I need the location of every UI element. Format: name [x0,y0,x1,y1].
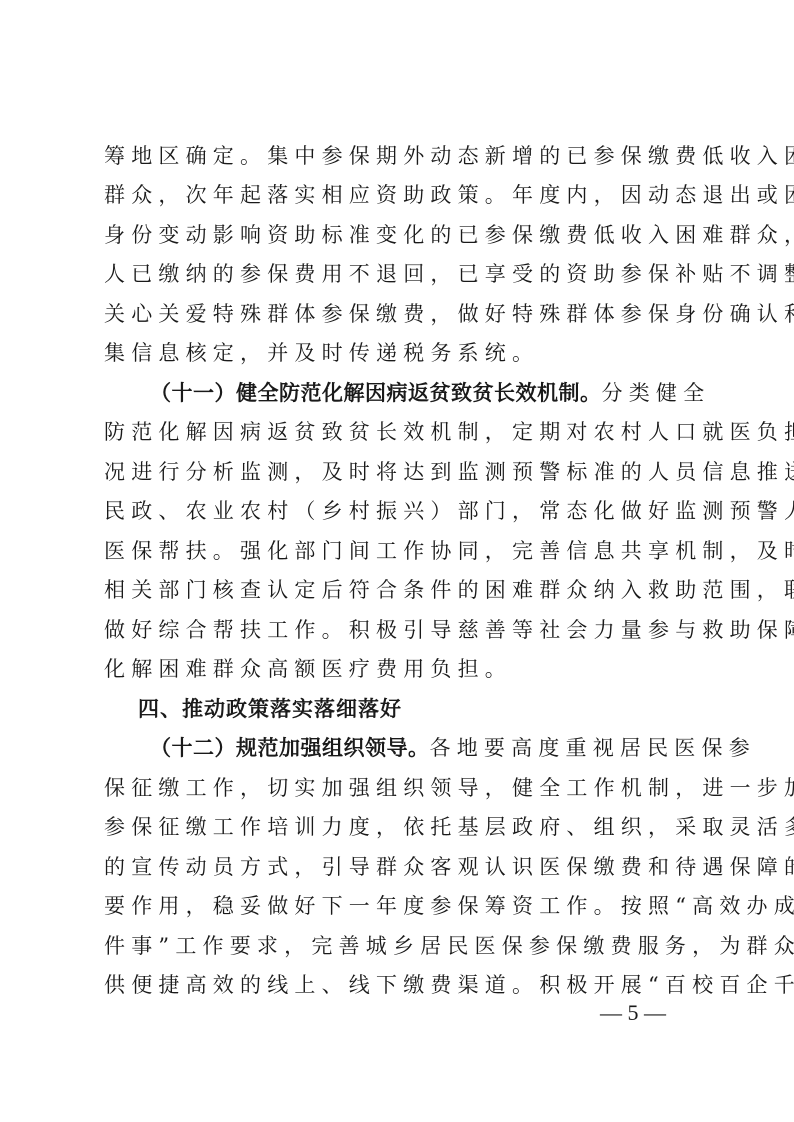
paragraph-line: 集信息核定，并及时传递税务系统。 [104,338,539,368]
paragraph-line: 群众，次年起落实相应资助政策。年度内，因动态退出或困难 [104,180,794,210]
paragraph-line: 防范化解因病返贫致贫长效机制，定期对农村人口就医负担情 [104,417,794,447]
document-page: 筹地区确定。集中参保期外动态新增的已参保缴费低收入困难 群众，次年起落实相应资助… [0,0,794,1122]
paragraph-line: 筹地区确定。集中参保期外动态新增的已参保缴费低收入困难 [104,141,794,171]
section-12-text: 各地要高度重视居民医保参 [430,736,756,760]
paragraph-line: 要作用，稳妥做好下一年度参保筹资工作。按照“高效办成一 [104,891,794,921]
paragraph-line: 况进行分析监测，及时将达到监测预警标准的人员信息推送至 [104,457,794,487]
paragraph-line: 保征缴工作，切实加强组织领导，健全工作机制，进一步加大 [104,773,794,803]
paragraph-line: 身份变动影响资助标准变化的已参保缴费低收入困难群众，个 [104,220,794,250]
paragraph-line: 参保征缴工作培训力度，依托基层政府、组织，采取灵活多样 [104,812,794,842]
paragraph-line: 人已缴纳的参保费用不退回，已享受的资助参保补贴不调整。 [104,259,794,289]
paragraph-line: 供便捷高效的线上、线下缴费渠道。积极开展“百校百企千村 [104,970,794,1000]
paragraph-line: 民政、农业农村（乡村振兴）部门，常态化做好监测预警人员 [104,496,794,526]
paragraph-line: 相关部门核查认定后符合条件的困难群众纳入救助范围，联动 [104,575,794,605]
section-heading: 四、推动政策落实落细落好 [138,694,402,724]
section-12-first-line: （十二）规范加强组织领导。各地要高度重视居民医保参 [150,733,756,763]
paragraph-line: 医保帮扶。强化部门间工作协同，完善信息共享机制，及时将 [104,536,794,566]
paragraph-line: 化解困难群众高额医疗费用负担。 [104,654,512,684]
page-number: — 5 — [600,1000,666,1026]
section-11-text: 分类健全 [602,381,711,405]
section-11-first-line: （十一）健全防范化解因病返贫致贫长效机制。分类健全 [150,378,710,408]
section-11-title: （十一）健全防范化解因病返贫致贫长效机制。 [150,381,602,405]
paragraph-line: 的宣传动员方式，引导群众客观认识医保缴费和待遇保障的重 [104,852,794,882]
paragraph-line: 做好综合帮扶工作。积极引导慈善等社会力量参与救助保障， [104,615,794,645]
paragraph-line: 件事”工作要求，完善城乡居民医保参保缴费服务，为群众提 [104,931,794,961]
paragraph-line: 关心关爱特殊群体参保缴费，做好特殊群体参保身份确认和征 [104,299,794,329]
section-12-title: （十二）规范加强组织领导。 [150,736,430,760]
